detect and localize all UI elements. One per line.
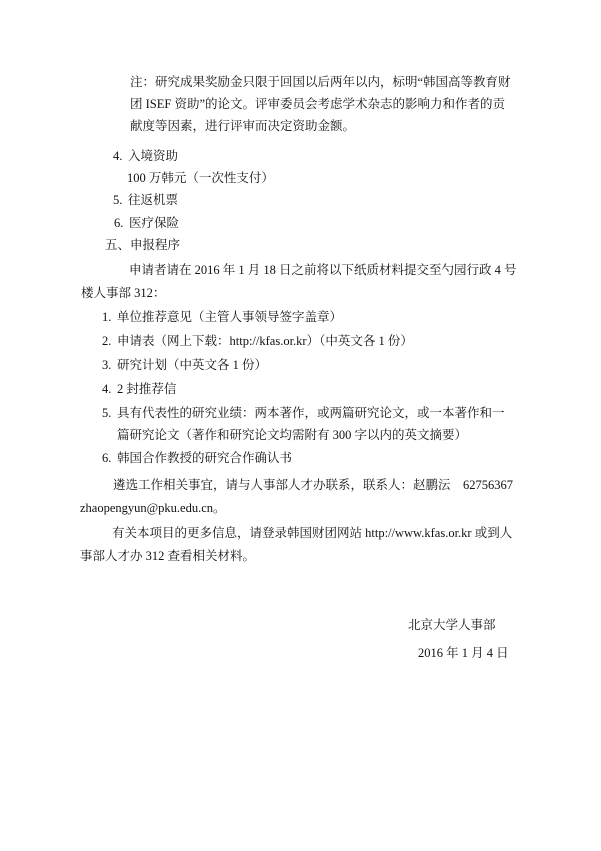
funding-item-6-number: 6. bbox=[114, 215, 129, 231]
contact-line-1: 遴选工作相关事宜，请与人事部人才办联系，联系人：赵鹏沄 62756367 bbox=[113, 477, 513, 493]
document-page: 注：研究成果奖励金只限于回国以后两年以内，标明“韩国高等教育财 团 ISEF 资… bbox=[0, 0, 601, 851]
material-item-6-text: 韩国合作教授的研究合作确认书 bbox=[117, 451, 292, 465]
note-line-2: 团 ISEF 资助”的论文。评审委员会考虑学术杂志的影响力和作者的贡 bbox=[130, 96, 505, 112]
funding-item-4-text: 入境资助 bbox=[128, 149, 178, 163]
material-item-5: 5.具有代表性的研究业绩：两本著作，或两篇研究论文，或一本著作和一 bbox=[102, 405, 505, 421]
funding-item-4: 4.入境资助 bbox=[113, 148, 178, 164]
note-line-1: 注：研究成果奖励金只限于回国以后两年以内，标明“韩国高等教育财 bbox=[130, 74, 511, 90]
funding-item-6-text: 医疗保险 bbox=[129, 216, 179, 230]
material-item-4: 4.2 封推荐信 bbox=[102, 381, 176, 397]
note-line-3: 献度等因素，进行评审而决定资助金额。 bbox=[130, 118, 355, 134]
funding-item-5-number: 5. bbox=[113, 192, 128, 208]
material-item-3-number: 3. bbox=[102, 357, 117, 373]
material-item-5-text-line-1: 具有代表性的研究业绩：两本著作，或两篇研究论文，或一本著作和一 bbox=[117, 406, 505, 420]
signature-date: 2016 年 1 月 4 日 bbox=[418, 645, 509, 661]
contact-line-2: zhaopengyun@pku.edu.cn。 bbox=[80, 500, 226, 516]
material-item-2-text: 申请表（网上下载：http://kfas.or.kr）（中英文各 1 份） bbox=[117, 334, 413, 348]
material-item-3: 3.研究计划（中英文各 1 份） bbox=[102, 357, 267, 373]
material-item-3-text: 研究计划（中英文各 1 份） bbox=[117, 358, 267, 372]
material-item-5-number: 5. bbox=[102, 405, 117, 421]
material-item-2-number: 2. bbox=[102, 333, 117, 349]
funding-item-5-text: 往返机票 bbox=[128, 193, 178, 207]
more-info-line-2: 事部人才办 312 查看相关材料。 bbox=[80, 548, 255, 564]
funding-item-4-detail: 100 万韩元（一次性支付） bbox=[127, 170, 274, 186]
funding-item-6: 6.医疗保险 bbox=[114, 215, 179, 231]
material-item-1-number: 1. bbox=[102, 309, 117, 325]
material-item-5-text-line-2: 篇研究论文（著作和研究论文均需附有 300 字以内的英文摘要） bbox=[117, 427, 467, 443]
funding-item-5: 5.往返机票 bbox=[113, 192, 178, 208]
material-item-1: 1.单位推荐意见（主管人事领导签字盖章） bbox=[102, 309, 342, 325]
application-intro-line-1: 申请者请在 2016 年 1 月 18 日之前将以下纸质材料提交至勺园行政 4 … bbox=[129, 262, 517, 278]
signature-org: 北京大学人事部 bbox=[408, 617, 496, 633]
section-heading: 五、申报程序 bbox=[105, 237, 180, 253]
material-item-6-number: 6. bbox=[102, 450, 117, 466]
application-intro-line-2: 楼人事部 312： bbox=[81, 285, 165, 301]
material-item-2: 2.申请表（网上下载：http://kfas.or.kr）（中英文各 1 份） bbox=[102, 333, 413, 349]
material-item-4-text: 2 封推荐信 bbox=[117, 382, 176, 396]
material-item-4-number: 4. bbox=[102, 381, 117, 397]
more-info-line-1: 有关本项目的更多信息，请登录韩国财团网站 http://www.kfas.or.… bbox=[112, 525, 512, 541]
material-item-6: 6.韩国合作教授的研究合作确认书 bbox=[102, 450, 292, 466]
funding-item-4-number: 4. bbox=[113, 148, 128, 164]
material-item-1-text: 单位推荐意见（主管人事领导签字盖章） bbox=[117, 310, 342, 324]
